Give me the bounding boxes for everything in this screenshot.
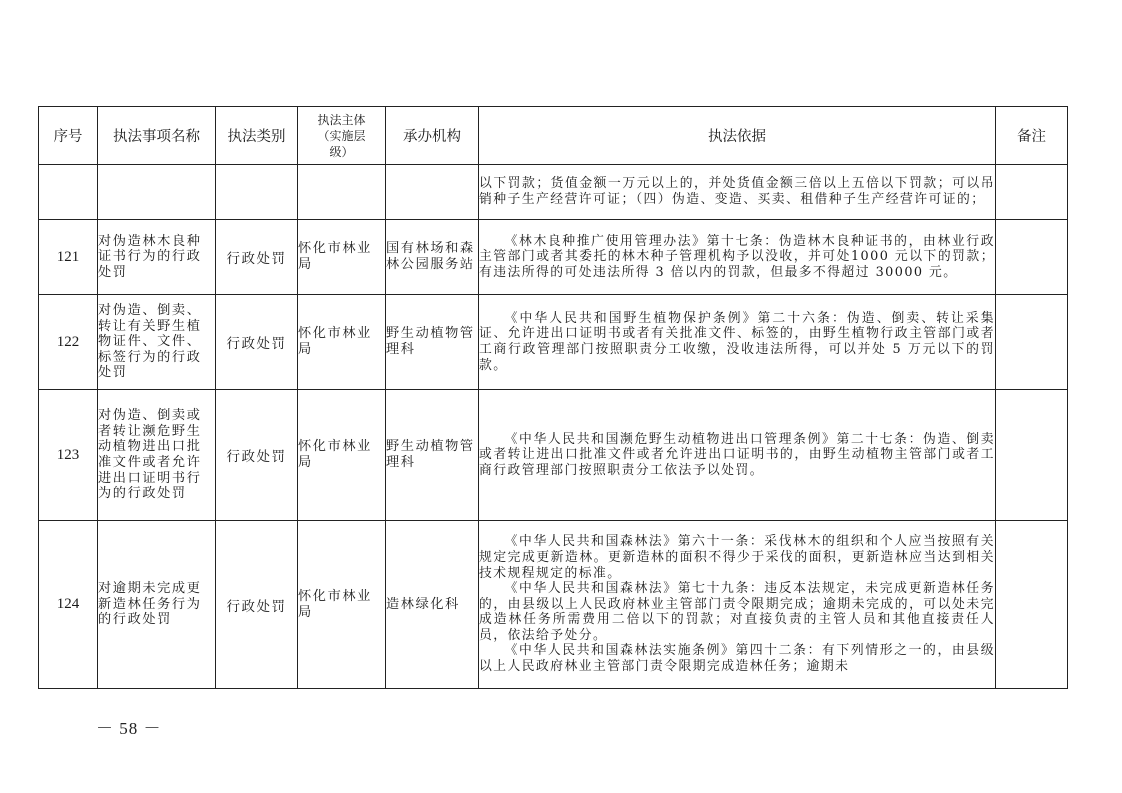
table-row: 以下罚款；货值金额一万元以上的，并处货值金额三倍以上五倍以下罚款；可以吊销种子生…	[39, 165, 1068, 220]
basis-paragraph: 《中华人民共和国森林法》第六十一条：采伐林木的组织和个人应当按照有关规定完成更新…	[479, 534, 995, 581]
cell-seq: 124	[39, 521, 98, 689]
basis-paragraph: 以下罚款；货值金额一万元以上的，并处货值金额三倍以上五倍以下罚款；可以吊销种子生…	[479, 176, 995, 207]
header-subject-line2: （实施层	[298, 128, 385, 144]
cell-item-name: 对逾期未完成更新造林任务行为的行政处罚	[98, 521, 216, 689]
header-item-name: 执法事项名称	[98, 107, 216, 165]
basis-paragraph: 《中华人民共和国濒危野生动植物进出口管理条例》第二十七条：伪造、倒卖或者转让进出…	[479, 432, 995, 479]
enforcement-items-table: 序号 执法事项名称 执法类别 执法主体 （实施层 级） 承办机构 执法依据 备注	[38, 106, 1068, 689]
basis-paragraph: 《中华人民共和国森林法》第七十九条：违反本法规定，未完成更新造林任务的，由县级以…	[479, 581, 995, 643]
cell-remarks	[996, 220, 1068, 295]
cell-category	[216, 165, 298, 220]
cell-item-name: 对伪造、倒卖、转让有关野生植物证件、文件、标签行为的行政处罚	[98, 295, 216, 390]
header-subject: 执法主体 （实施层 级）	[298, 107, 386, 165]
cell-category: 行政处罚	[216, 390, 298, 521]
header-subject-line3: 级）	[298, 144, 385, 160]
header-basis: 执法依据	[479, 107, 996, 165]
cell-remarks	[996, 295, 1068, 390]
cell-agency: 野生动植物管理科	[386, 295, 479, 390]
cell-subject: 怀化市林业局	[298, 295, 386, 390]
table-row: 122 对伪造、倒卖、转让有关野生植物证件、文件、标签行为的行政处罚 行政处罚 …	[39, 295, 1068, 390]
cell-category: 行政处罚	[216, 220, 298, 295]
cell-remarks	[996, 521, 1068, 689]
cell-item-name: 对伪造、倒卖或者转让濒危野生动植物进出口批准文件或者允许进出口证明书行为的行政处…	[98, 390, 216, 521]
cell-agency: 国有林场和森林公园服务站	[386, 220, 479, 295]
cell-category: 行政处罚	[216, 521, 298, 689]
cell-basis: 《中华人民共和国森林法》第六十一条：采伐林木的组织和个人应当按照有关规定完成更新…	[479, 521, 996, 689]
header-subject-line1: 执法主体	[298, 112, 385, 128]
header-category: 执法类别	[216, 107, 298, 165]
document-page: 序号 执法事项名称 执法类别 执法主体 （实施层 级） 承办机构 执法依据 备注	[0, 0, 1122, 793]
table-header-row: 序号 执法事项名称 执法类别 执法主体 （实施层 级） 承办机构 执法依据 备注	[39, 107, 1068, 165]
cell-seq: 122	[39, 295, 98, 390]
page-number: － 58 －	[96, 714, 162, 739]
basis-paragraph: 《中华人民共和国森林法实施条例》第四十二条：有下列情形之一的，由县级以上人民政府…	[479, 643, 995, 674]
cell-category: 行政处罚	[216, 295, 298, 390]
cell-basis: 《中华人民共和国濒危野生动植物进出口管理条例》第二十七条：伪造、倒卖或者转让进出…	[479, 390, 996, 521]
table-row: 123 对伪造、倒卖或者转让濒危野生动植物进出口批准文件或者允许进出口证明书行为…	[39, 390, 1068, 521]
cell-basis: 以下罚款；货值金额一万元以上的，并处货值金额三倍以上五倍以下罚款；可以吊销种子生…	[479, 165, 996, 220]
cell-seq: 121	[39, 220, 98, 295]
cell-subject: 怀化市林业局	[298, 521, 386, 689]
cell-subject	[298, 165, 386, 220]
cell-agency	[386, 165, 479, 220]
cell-item-name	[98, 165, 216, 220]
header-seq: 序号	[39, 107, 98, 165]
header-agency: 承办机构	[386, 107, 479, 165]
cell-remarks	[996, 165, 1068, 220]
cell-basis: 《中华人民共和国野生植物保护条例》第二十六条：伪造、倒卖、转让采集证、允许进出口…	[479, 295, 996, 390]
cell-item-name: 对伪造林木良种证书行为的行政处罚	[98, 220, 216, 295]
cell-agency: 造林绿化科	[386, 521, 479, 689]
cell-basis: 《林木良种推广使用管理办法》第十七条：伪造林木良种证书的，由林业行政主管部门或者…	[479, 220, 996, 295]
table-row: 124 对逾期未完成更新造林任务行为的行政处罚 行政处罚 怀化市林业局 造林绿化…	[39, 521, 1068, 689]
header-remarks: 备注	[996, 107, 1068, 165]
table-row: 121 对伪造林木良种证书行为的行政处罚 行政处罚 怀化市林业局 国有林场和森林…	[39, 220, 1068, 295]
cell-subject: 怀化市林业局	[298, 390, 386, 521]
cell-subject: 怀化市林业局	[298, 220, 386, 295]
basis-paragraph: 《中华人民共和国野生植物保护条例》第二十六条：伪造、倒卖、转让采集证、允许进出口…	[479, 311, 995, 373]
cell-seq: 123	[39, 390, 98, 521]
cell-agency: 野生动植物管理科	[386, 390, 479, 521]
cell-remarks	[996, 390, 1068, 521]
basis-paragraph: 《林木良种推广使用管理办法》第十七条：伪造林木良种证书的，由林业行政主管部门或者…	[479, 234, 995, 281]
cell-seq	[39, 165, 98, 220]
